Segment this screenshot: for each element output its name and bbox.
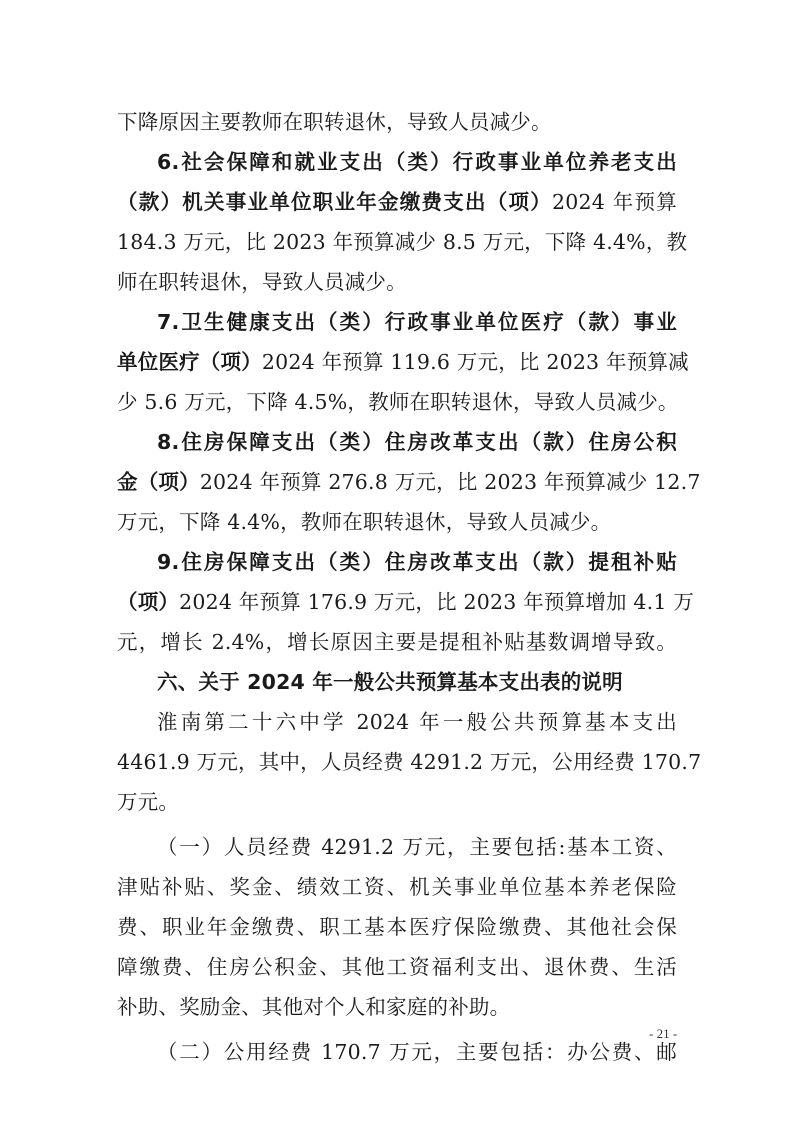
section-6-para-line-3: 万元。	[117, 782, 179, 822]
personnel-expense-line-4: 障缴费、住房公积金、其他工资福利支出、退休费、生活	[117, 947, 677, 987]
item-6-title-cont: （款）机关事业单位职业年金缴费支出（项）	[117, 190, 552, 214]
item-8-body-line-1: 万元，下降 4.4%，教师在职转退休，导致人员减少。	[117, 502, 611, 542]
item-8-heading-line-2: 金（项）2024 年预算 276.8 万元，比 2023 年预算减少 12.7	[117, 462, 677, 502]
line-text: 2024 年预算	[552, 190, 677, 214]
personnel-expense-line-3: 费、职业年金缴费、职工基本医疗保险缴费、其他社会保	[117, 907, 677, 947]
item-8-title-cont: 金（项）	[117, 470, 200, 494]
line-text: 元，增长 2.4%，增长原因主要是提租补贴基数调增导致。	[117, 630, 677, 654]
personnel-expense-line-2: 津贴补贴、奖金、绩效工资、机关事业单位基本养老保险	[117, 867, 677, 907]
item-7-title: 7.卫生健康支出（类）行政事业单位医疗（款）事业	[157, 310, 677, 334]
line-text: 2024 年预算 276.8 万元，比 2023 年预算减少 12.7	[200, 470, 701, 494]
paragraph-line-continuation: 下降原因主要教师在职转退休，导致人员减少。	[117, 102, 552, 142]
line-text: 万元，下降 4.4%，教师在职转退休，导致人员减少。	[117, 510, 611, 534]
item-9-title-cont: （项）	[117, 590, 179, 614]
line-text: 2024 年预算 176.9 万元，比 2023 年预算增加 4.1 万	[179, 590, 694, 614]
section-6-para-line-2: 4461.9 万元，其中，人员经费 4291.2 万元，公用经费 170.7	[117, 742, 677, 782]
line-text: 4461.9 万元，其中，人员经费 4291.2 万元，公用经费 170.7	[117, 750, 701, 774]
line-text: 万元。	[117, 790, 179, 814]
public-expense-line-1: （二）公用经费 170.7 万元，主要包括：办公费、邮	[157, 1032, 677, 1072]
item-9-heading-line-1: 9.住房保障支出（类）住房改革支出（款）提租补贴	[157, 542, 677, 582]
line-text: 津贴补贴、奖金、绩效工资、机关事业单位基本养老保险	[117, 875, 677, 899]
line-text: 费、职业年金缴费、职工基本医疗保险缴费、其他社会保	[117, 915, 677, 939]
item-6-body-line-1: 184.3 万元，比 2023 年预算减少 8.5 万元，下降 4.4%，教	[117, 222, 677, 262]
item-6-heading-line-2: （款）机关事业单位职业年金缴费支出（项）2024 年预算	[117, 182, 677, 222]
line-text: （一）人员经费 4291.2 万元，主要包括:基本工资、	[157, 835, 677, 859]
item-9-body-line-1: 元，增长 2.4%，增长原因主要是提租补贴基数调增导致。	[117, 622, 677, 662]
item-8-heading-line-1: 8.住房保障支出（类）住房改革支出（款）住房公积	[157, 422, 677, 462]
line-text: 184.3 万元，比 2023 年预算减少 8.5 万元，下降 4.4%，教	[117, 230, 687, 254]
personnel-expense-line-5: 补助、奖励金、其他对个人和家庭的补助。	[117, 987, 510, 1027]
item-9-heading-line-2: （项）2024 年预算 176.9 万元，比 2023 年预算增加 4.1 万	[117, 582, 677, 622]
item-6-heading-line-1: 6.社会保障和就业支出（类）行政事业单位养老支出	[157, 142, 677, 182]
item-8-title: 8.住房保障支出（类）住房改革支出（款）住房公积	[157, 430, 677, 454]
item-7-heading-line-1: 7.卫生健康支出（类）行政事业单位医疗（款）事业	[157, 302, 677, 342]
section-heading: 六、关于 2024 年一般公共预算基本支出表的说明	[157, 670, 623, 694]
item-6-body-line-2: 师在职转退休，导致人员减少。	[117, 262, 407, 302]
line-text: 2024 年预算 119.6 万元，比 2023 年预算减	[262, 350, 689, 374]
page-number: - 21 -	[649, 1026, 677, 1042]
item-9-title: 9.住房保障支出（类）住房改革支出（款）提租补贴	[157, 550, 677, 574]
item-6-title: 6.社会保障和就业支出（类）行政事业单位养老支出	[157, 150, 677, 174]
line-text: 障缴费、住房公积金、其他工资福利支出、退休费、生活	[117, 955, 677, 979]
item-7-heading-line-2: 单位医疗（项）2024 年预算 119.6 万元，比 2023 年预算减	[117, 342, 677, 382]
item-7-body-line-1: 少 5.6 万元，下降 4.5%，教师在职转退休，导致人员减少。	[117, 382, 677, 422]
section-6-para-line-1: 淮南第二十六中学 2024 年一般公共预算基本支出	[157, 702, 677, 742]
line-text: 下降原因主要教师在职转退休，导致人员减少。	[117, 110, 552, 134]
section-6-heading: 六、关于 2024 年一般公共预算基本支出表的说明	[157, 662, 623, 702]
line-text: 补助、奖励金、其他对个人和家庭的补助。	[117, 995, 510, 1019]
item-7-title-cont: 单位医疗（项）	[117, 350, 262, 374]
line-text: 师在职转退休，导致人员减少。	[117, 270, 407, 294]
personnel-expense-line-1: （一）人员经费 4291.2 万元，主要包括:基本工资、	[157, 827, 677, 867]
line-text: 少 5.6 万元，下降 4.5%，教师在职转退休，导致人员减少。	[117, 390, 679, 414]
line-text: （二）公用经费 170.7 万元，主要包括：办公费、邮	[157, 1040, 677, 1064]
line-text: 淮南第二十六中学 2024 年一般公共预算基本支出	[157, 710, 677, 734]
